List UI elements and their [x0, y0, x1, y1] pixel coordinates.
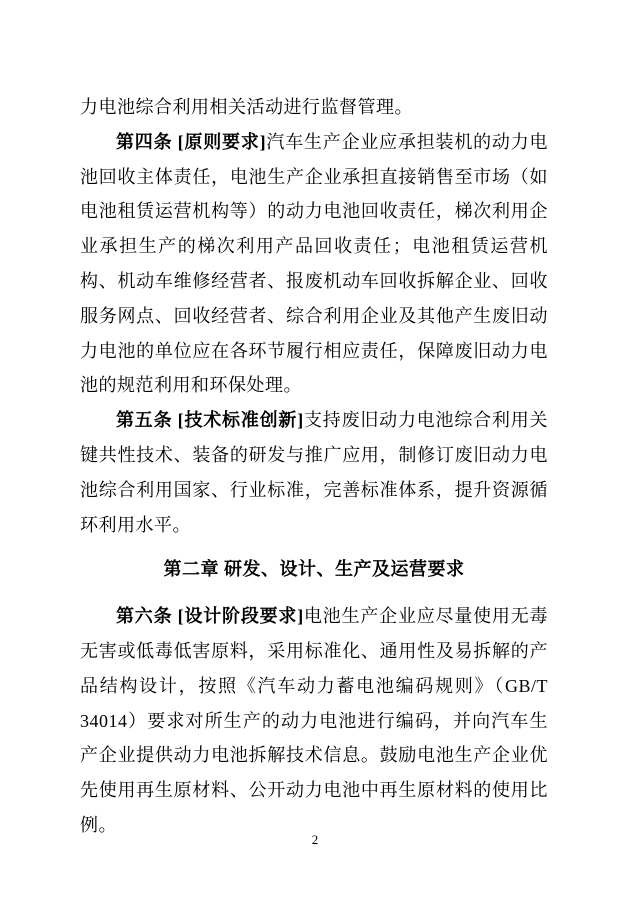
document-page: 力电池综合利用相关活动进行监督管理。 第四条 [原则要求]汽车生产企业应承担装机…	[0, 0, 630, 898]
article-4-body: 汽车生产企业应承担装机的动力电池回收主体责任，电池生产企业承担直接销售至市场（如…	[80, 132, 548, 396]
chapter-2-heading: 第二章 研发、设计、生产及运营要求	[80, 552, 548, 587]
article-4-heading: 第四条 [原则要求]	[116, 132, 266, 152]
article-6-body: 电池生产企业应尽量使用无毒无害或低毒低害原料，采用标准化、通用性及易拆解的产品结…	[80, 606, 548, 835]
paragraph-continuation: 力电池综合利用相关活动进行监督管理。	[80, 90, 548, 125]
page-number: 2	[0, 832, 630, 848]
paragraph-article-5: 第五条 [技术标准创新]支持废旧动力电池综合利用关键共性技术、装备的研发与推广应…	[80, 403, 548, 542]
paragraph-article-4: 第四条 [原则要求]汽车生产企业应承担装机的动力电池回收主体责任，电池生产企业承…	[80, 125, 548, 403]
article-6-heading: 第六条 [设计阶段要求]	[116, 606, 304, 626]
article-5-heading: 第五条 [技术标准创新]	[116, 410, 304, 430]
paragraph-article-6: 第六条 [设计阶段要求]电池生产企业应尽量使用无毒无害或低毒低害原料，采用标准化…	[80, 599, 548, 843]
